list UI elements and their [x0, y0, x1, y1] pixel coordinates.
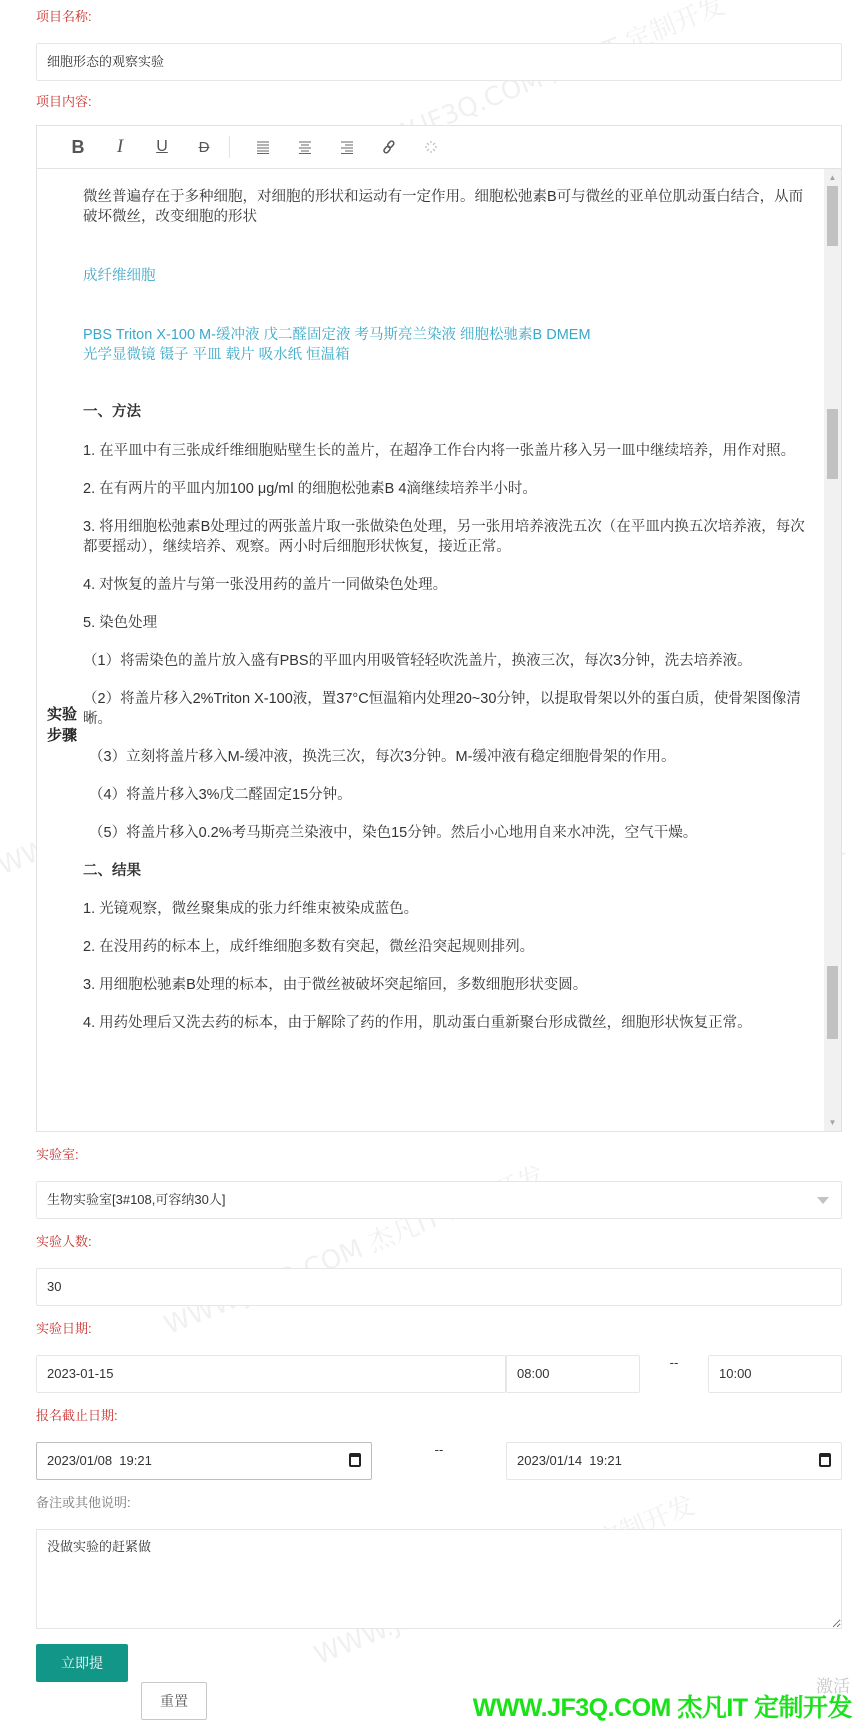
result-1: 1. 光镜观察，微丝聚集成的张力纤维束被染成蓝色。: [83, 899, 813, 919]
reset-button[interactable]: 重置: [141, 1682, 207, 1720]
submit-button[interactable]: 立即提交: [36, 1644, 128, 1682]
start-time-input[interactable]: 08:00: [506, 1355, 640, 1393]
lab-select[interactable]: 生物实验室[3#108,可容纳30人]: [36, 1181, 842, 1219]
stain-step-4: （4）将盖片移入3%戊二醛固定15分钟。: [83, 785, 813, 805]
strikethrough-icon[interactable]: D: [183, 126, 225, 168]
scrollbar-thumb[interactable]: [827, 186, 838, 246]
result-4: 4. 用药处理后又洗去药的标本，由于解除了药的作用，肌动蛋白重新聚台形成微丝，细…: [83, 1013, 813, 1033]
result-2: 2. 在没用药的标本上，成纤维细胞多数有突起，微丝沿突起规则排列。: [83, 937, 813, 957]
scroll-up-arrow-icon[interactable]: ▲: [824, 169, 841, 186]
rich-text-editor: B I U D 微丝普遍存在于多种细胞，对细胞的形状和运动有一定作用。细胞松弛素…: [36, 125, 842, 1132]
people-count-label: 实验人数:: [36, 1232, 842, 1252]
calendar-icon[interactable]: [349, 1453, 361, 1467]
calendar-icon[interactable]: [819, 1453, 831, 1467]
align-center-icon[interactable]: [284, 126, 326, 168]
unlink-icon[interactable]: [410, 126, 452, 168]
chevron-down-icon: [817, 1197, 829, 1204]
toolbar-divider: [229, 136, 230, 158]
result-heading: 二、结果: [83, 861, 813, 881]
stain-step-5: （5）将盖片移入0.2%考马斯亮兰染液中，染色15分钟。然后小心地用自来水冲洗，…: [83, 823, 813, 843]
method-step-2: 2. 在有两片的平皿内加100 μg/ml 的细胞松弛素B 4滴继续培养半小时。: [83, 479, 813, 499]
editor-scrollbar[interactable]: ▲ ▼: [824, 169, 841, 1131]
editor-toolbar: B I U D: [37, 126, 841, 169]
method-step-3: 3. 将用细胞松弛素B处理过的两张盖片取一张做染色处理，另一张用培养液洗五次（在…: [83, 517, 813, 557]
stain-step-2: （2）将盖片移入2%Triton X-100液，置37°C恒温箱内处理20~30…: [83, 689, 813, 729]
time-range-separator: --: [640, 1355, 708, 1371]
italic-icon[interactable]: I: [99, 126, 141, 168]
result-3: 3. 用细胞松驰素B处理的标本，由于微丝被破坏突起缩回，多数细胞形状变圆。: [83, 975, 813, 995]
lab-label: 实验室:: [36, 1145, 842, 1165]
deadline-range-separator: --: [372, 1442, 506, 1458]
end-time-input[interactable]: 10:00: [708, 1355, 842, 1393]
method-step-5: 5. 染色处理: [83, 613, 813, 633]
scrollbar-thumb[interactable]: [827, 409, 838, 479]
underline-icon[interactable]: U: [141, 126, 183, 168]
people-count-input[interactable]: 30: [36, 1268, 842, 1306]
align-left-icon[interactable]: [242, 126, 284, 168]
side-label-line-1: 实验: [47, 704, 77, 725]
experiment-date-input[interactable]: 2023-01-15: [36, 1355, 506, 1393]
link-icon[interactable]: [368, 126, 410, 168]
method-step-4: 4. 对恢复的盖片与第一张没用药的盖片一同做染色处理。: [83, 575, 813, 595]
remarks-textarea[interactable]: 没做实验的赶紧做: [36, 1529, 842, 1629]
side-label-line-2: 步骤: [47, 725, 77, 746]
lab-select-value: 生物实验室[3#108,可容纳30人]: [47, 1192, 225, 1207]
method-heading: 一、方法: [83, 402, 813, 422]
experiment-steps-side-label: 实验 步骤: [47, 704, 77, 746]
editor-content[interactable]: 微丝普遍存在于多种细胞，对细胞的形状和运动有一定作用。细胞松弛素B可与微丝的亚单…: [37, 169, 841, 1132]
project-name-input[interactable]: 细胞形态的观察实验: [36, 43, 842, 81]
project-content-label: 项目内容:: [36, 92, 842, 112]
remarks-label: 备注或其他说明:: [36, 1493, 842, 1513]
cell-type-text: 成纤维细胞: [83, 266, 813, 286]
site-watermark: WWW.JF3Q.COM 杰凡IT 定制开发: [473, 1688, 852, 1724]
experiment-date-label: 实验日期:: [36, 1319, 842, 1339]
stain-step-3: （3）立刻将盖片移入M-缓冲液，换洗三次，每次3分钟。M-缓冲液有稳定细胞骨架的…: [83, 747, 813, 767]
stain-step-1: （1）将需染色的盖片放入盛有PBS的平皿内用吸管轻轻吹洗盖片，换液三次，每次3分…: [83, 651, 813, 671]
deadline-to-value: 2023/01/14 19:21: [517, 1453, 622, 1468]
materials-line-1: PBS Triton X-100 M-缓冲液 戊二醛固定液 考马斯亮兰染液 细胞…: [83, 325, 813, 345]
method-step-1: 1. 在平皿中有三张成纤维细胞贴壁生长的盖片，在超净工作台内将一张盖片移入另一皿…: [83, 441, 813, 461]
scrollbar-thumb[interactable]: [827, 966, 838, 1039]
project-form: 项目名称: 细胞形态的观察实验 项目内容: B I U D: [36, 0, 842, 1720]
intro-paragraph: 微丝普遍存在于多种细胞，对细胞的形状和运动有一定作用。细胞松弛素B可与微丝的亚单…: [83, 187, 813, 227]
scroll-down-arrow-icon[interactable]: ▼: [824, 1114, 841, 1131]
materials-line-2: 光学显微镜 镊子 平皿 载片 吸水纸 恒温箱: [83, 345, 813, 365]
deadline-from-input[interactable]: 2023/01/08 19:21: [36, 1442, 372, 1480]
deadline-from-value: 2023/01/08 19:21: [47, 1453, 152, 1468]
bold-icon[interactable]: B: [57, 126, 99, 168]
deadline-to-input[interactable]: 2023/01/14 19:21: [506, 1442, 842, 1480]
align-right-icon[interactable]: [326, 126, 368, 168]
deadline-label: 报名截止日期:: [36, 1406, 842, 1426]
project-name-label: 项目名称:: [36, 7, 842, 27]
